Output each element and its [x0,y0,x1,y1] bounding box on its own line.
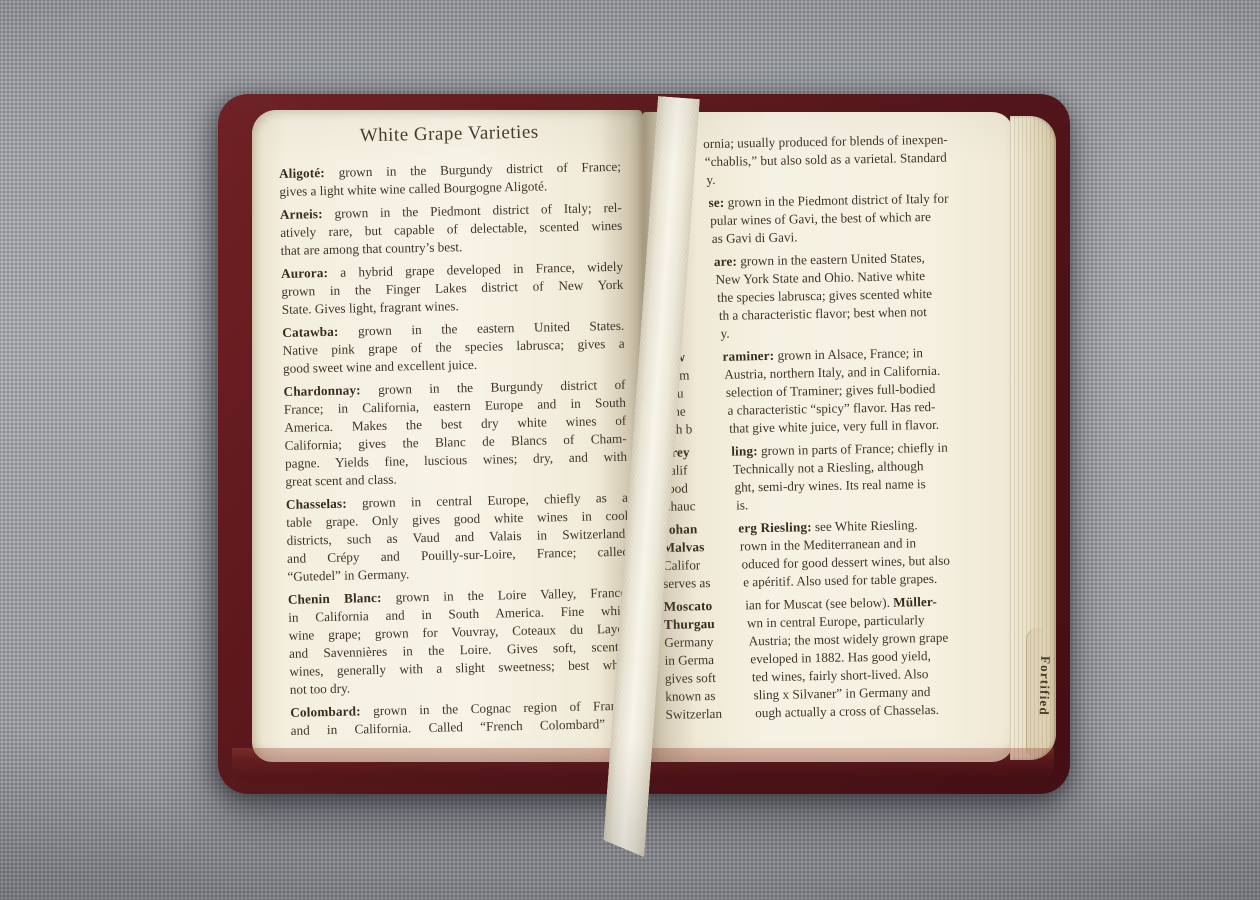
text-segment: that are among that country’s best. [280,239,462,258]
text-segment: selection of Traminer; gives full-bodied [726,381,936,400]
text-segment: th a characteristic flavor; best when no… [719,304,927,323]
text-segment: Thurgau [664,616,715,632]
entry-paragraph: Johanerg Riesling: see White Riesling.Ma… [662,515,1003,593]
text-segment: ough actually a cross of Chasselas. [755,702,939,720]
entry-paragraph: Chardonnay: grown in the Burgundy distri… [283,376,627,491]
entry-paragraph: Gewraminer: grown in Alsace, France; inG… [659,343,1001,439]
entry-paragraph: Catawba: grown in the eastern United Sta… [282,317,625,378]
text-segment: not too dry. [290,681,351,697]
text-segment: Austria; the most widely grown grape [749,630,949,649]
text-segment: that give white juice, very full in flav… [729,417,939,436]
line-fragment-left: Switzerlan [665,705,722,724]
line-fragment-left: Califor [663,556,701,575]
text-segment: wn in central Europe, particularly [747,612,925,630]
line-fragment-right: is. [736,496,748,514]
text-segment: “Gutedel” in Germany. [287,566,409,584]
line-fragment-right: that give white juice, very full in flav… [729,416,939,438]
line-fragment-left: Moscato [663,597,712,616]
text-segment: Aligoté: [279,165,325,181]
text-segment: Arneis: [280,206,323,222]
text-segment: ling: [731,443,758,458]
entry-paragraph: Aligoté: grown in the Burgundy district … [279,158,622,201]
right-page-text: ornia; usually produced for blends of in… [655,130,1006,724]
left-page-text: White Grape Varieties Aligoté: grown in … [278,119,633,740]
text-segment: Switzerlan [665,706,722,722]
text-segment: “chablis,” but also sold as a varietal. … [705,150,947,169]
entry-paragraph: Chenin Blanc: grown in the Loire Valley,… [288,584,632,699]
text-segment: gives a light white wine called Bourgogn… [279,178,547,199]
text-segment: Aurora: [281,265,328,281]
text-segment: State. Gives light, fragrant wines. [282,298,459,317]
text-segment: Moscato [663,598,712,614]
text-segment: are: [714,254,737,269]
line-fragment-right: y. [706,171,715,189]
line-fragment-left: in Germa [664,651,714,670]
text-segment: ornia; usually produced for blends of in… [703,132,948,151]
text-segment: good sweet wine and excellent juice. [283,357,477,376]
text-segment: grown in the eastern United States, [737,250,925,268]
line-fragment-right: y. [720,325,729,343]
text-segment: as Gavi di Gavi. [712,229,798,246]
line-fragment-right: e apéritif. Also used for table grapes. [743,570,937,592]
entry-paragraph: ornia; usually produced for blends of in… [655,130,996,190]
text-segment: the species labrusca; gives scented whit… [717,286,932,305]
text-segment: ian for Muscat (see below). [745,595,893,613]
line-fragment-left: gives soft [665,669,716,688]
line-fragment-left: Malvas [662,538,704,557]
line-fragment-right: ough actually a cross of Chasselas. [755,701,939,722]
text-segment: gives soft [665,670,716,686]
text-segment: Austria, northern Italy, and in Californ… [724,363,940,382]
text-segment: raminer: [722,348,774,364]
text-segment: Germany [664,634,713,650]
text-segment: eveloped in 1882. Has good yield, [750,648,931,666]
text-segment: New York State and Ohio. Native white [715,268,925,287]
line-fragment-right: as Gavi di Gavi. [712,228,798,248]
entry-paragraph: Colombard: grown in the Cognac region of… [290,697,633,740]
entry-paragraph: Greyling: grown in parts of France; chie… [661,438,1002,516]
entry-paragraph: Cse: grown in the Piedmont district of I… [656,189,997,249]
entry-paragraph: Aurora: a hybrid grape developed in Fran… [281,258,624,319]
text-segment: see White Riesling. [812,517,918,534]
entry-paragraph: Chasselas: grown in central Europe, chie… [286,489,630,586]
index-tab-fortified: Fortified [1035,656,1054,752]
text-segment: y. [706,172,715,187]
entry-paragraph: Moscatoian for Muscat (see below). Mülle… [663,592,1005,724]
text-segment: sling x Silvaner” in Germany and [753,684,930,702]
text-segment: Malvas [662,539,704,555]
text-segment: great scent and class. [285,472,397,489]
text-segment: pular wines of Gavi, the best of which a… [710,209,931,228]
text-segment: a characteristic “spicy” flavor. Has red… [727,399,935,418]
text-segment: erg Riesling: [738,519,812,535]
entry-paragraph: Dare: grown in the eastern United States… [657,248,999,344]
text-segment: Chasselas: [286,496,347,512]
left-page-text-body: Aligoté: grown in the Burgundy district … [279,158,633,740]
text-segment: se: [708,195,724,210]
text-segment: Müller- [893,594,937,610]
text-segment: grown in the Piedmont district of Italy … [724,191,948,210]
line-fragment-left: Thurgau [664,615,715,634]
entry-paragraph: Arneis: grown in the Piedmont district o… [280,199,623,260]
text-segment: serves as [663,575,711,591]
photo-scene: White Grape Varieties Aligoté: grown in … [0,0,1260,900]
text-segment: Catawba: [282,324,338,340]
text-segment: ted wines, fairly short-lived. Also [752,666,929,684]
text-segment: e apéritif. Also used for table grapes. [743,571,937,590]
line-fragment-left: Germany [664,633,713,652]
text-segment: Chardonnay: [283,382,360,399]
text-segment: in Germa [664,652,714,668]
text-segment: y. [720,326,729,341]
text-segment: rown in the Mediterranean and in [740,535,916,553]
text-segment: Technically not a Riesling, although [733,458,924,476]
text-segment: ght, semi-dry wines. Its real name is [734,476,925,495]
text-segment: Chenin Blanc: [288,590,382,607]
line-fragment-left: serves as [663,574,711,593]
text-segment: grown in parts of France; chiefly in [758,440,948,458]
text-segment: is. [736,497,748,512]
line-fragment-left: known as [665,687,716,706]
text-segment: grown in Alsace, France; in [774,345,923,363]
text-segment: Colombard: [290,703,361,719]
text-segment: Califor [663,557,701,573]
text-segment: oduced for good dessert wines, but also [741,553,950,572]
text-segment: known as [665,688,715,704]
